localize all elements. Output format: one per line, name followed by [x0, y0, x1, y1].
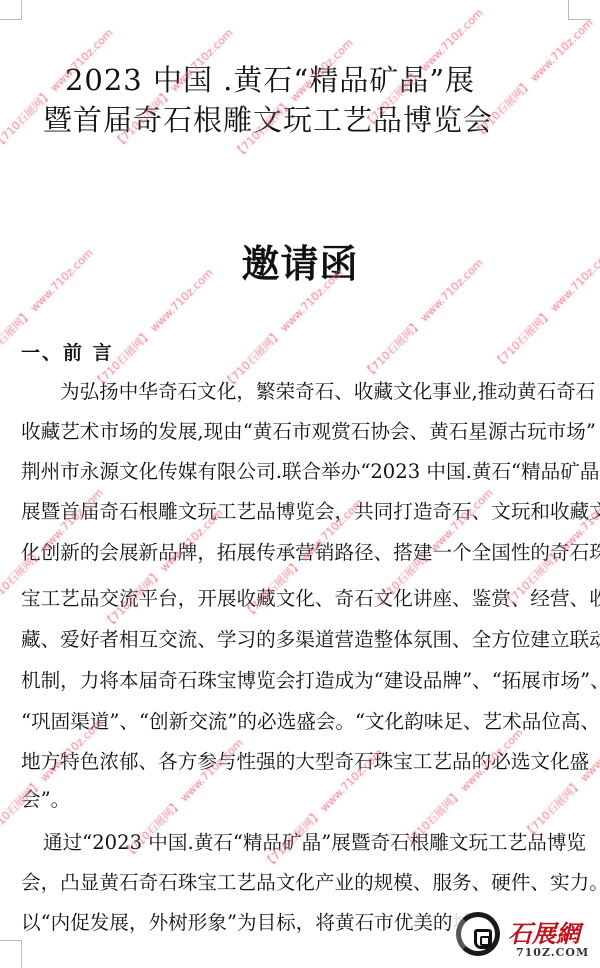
paragraph-line: 展暨首届奇石根雕文玩工艺品博览会，共同打造奇石、文玩和收藏文: [21, 492, 565, 532]
document-title-line-2: 暨首届奇石根雕文玩工艺品博览会: [0, 100, 536, 140]
paragraph-line: “巩固渠道”、“创新交流”的必选盛会。“文化韵味足、艺术品位高、: [21, 702, 565, 742]
crop-mark-bottom-left: [0, 940, 22, 968]
site-logo[interactable]: 石展網 710Z.COM: [452, 908, 600, 968]
crop-mark-top-right: [568, 0, 591, 20]
paragraph-line: 会，凸显黄石奇石珠宝工艺品文化产业的规模、服务、硬件、实力。: [21, 863, 565, 903]
logo-name: 石展網: [508, 914, 580, 949]
paragraph-line: 化创新的会展新品牌，拓展传承营销路径、搭建一个全国性的奇石珠: [21, 533, 565, 573]
stone-face-glyph: [474, 929, 492, 949]
paragraph-line: 为弘扬中华奇石文化，繁荣奇石、收藏文化事业,推动黄石奇石: [60, 372, 565, 412]
paragraph-line: 机制，力将本届奇石珠宝博览会打造成为“建设品牌”、“拓展市场”、: [21, 661, 565, 701]
crop-mark-top-left: [0, 0, 22, 20]
invitation-heading: 邀请函: [0, 233, 600, 288]
paragraph-line: 荆州市永源文化传媒有限公司.联合举办“2023 中国.黄石“精品矿晶”: [21, 452, 565, 492]
section-heading-preface: 一、前 言: [21, 338, 114, 365]
paragraph-line: 宝工艺品交流平台，开展收藏文化、奇石文化讲座、鉴赏、经营、收: [21, 579, 565, 619]
paragraph-line: 藏、爱好者相互交流、学习的多渠道营造整体氛围、全方位建立联动: [21, 620, 565, 660]
stone-face-ring-icon: [456, 912, 500, 956]
document-title-line-1: 2023 中国 .黄石“精品矿晶”展: [2, 60, 538, 100]
paragraph-line: 通过“2023 中国.黄石“精品矿晶”展暨奇石根雕文玩工艺品博览: [43, 823, 565, 863]
paragraph-line: 地方特色浓郁、各方参与性强的大型奇石珠宝工艺品的必选文化盛: [21, 742, 565, 782]
document-page: 2023 中国 .黄石“精品矿晶”展 暨首届奇石根雕文玩工艺品博览会 邀请函 一…: [0, 0, 600, 968]
logo-url: 710Z.COM: [516, 946, 589, 959]
paragraph-line: 会”。: [21, 780, 565, 820]
paragraph-line: 收藏艺术市场的发展,现由“黄石市观赏石协会、黄石星源古玩市场”: [21, 412, 565, 452]
